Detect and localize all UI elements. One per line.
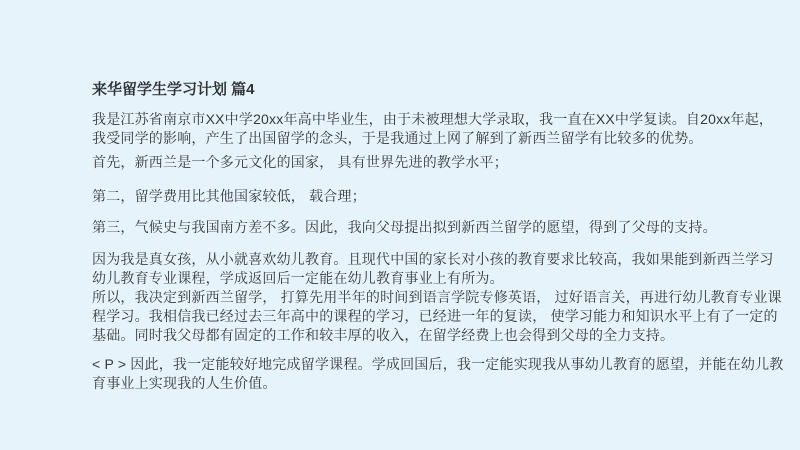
page-background: { "page": { "background_color": "#e6f3fa… xyxy=(0,0,800,450)
paragraph-second-point: 第二，留学费用比其他国家较低， 载合理； xyxy=(92,187,740,206)
paragraph-first-point: 首先，新西兰是一个多元文化的国家， 具有世界先进的教学水平； xyxy=(92,153,740,172)
paragraph-conclusion: < P > 因此，我一定能较好地完成留学课程。学成回国后，我一定能实现我从事幼儿… xyxy=(92,355,740,393)
paragraph-reason: 因为我是真女孩，从小就喜欢幼儿教育。且现代中国的家长对小孩的教育要求比较高，我如… xyxy=(92,250,740,288)
document-content: 来华留学生学习计划 篇4 我是江苏省南京市XX中学20xx年高中毕业生，由于未被… xyxy=(92,80,740,393)
text-line: 因为我是真女孩，从小就喜欢幼儿教育。且现代中国的家长对小孩的教育要求比较高，我如… xyxy=(92,250,740,269)
text-line: 第二，留学费用比其他国家较低， 载合理； xyxy=(92,187,740,206)
paragraph-intro: 我是江苏省南京市XX中学20xx年高中毕业生，由于未被理想大学录取，我一直在XX… xyxy=(92,110,740,148)
paragraph-third-point: 第三，气候史与我国南方差不多。因此，我向父母提出拟到新西兰留学的愿望，得到了父母… xyxy=(92,218,740,237)
text-line: 第三，气候史与我国南方差不多。因此，我向父母提出拟到新西兰留学的愿望，得到了父母… xyxy=(92,218,740,237)
paragraph-plan: 所以，我决定到新西兰留学， 打算先用半年的时间到语言学院专修英语， 过好语言关，… xyxy=(92,288,740,345)
text-line: 程学习。我相信我已经过去三年高中的课程的学习，已经进一年的复读， 使学习能力和知… xyxy=(92,307,740,326)
text-line: 基础。同时我父母都有固定的工作和较丰厚的收入，在留学经费上也会得到父母的全力支持… xyxy=(92,326,740,345)
document-title: 来华留学生学习计划 篇4 xyxy=(92,80,740,100)
text-line: 所以，我决定到新西兰留学， 打算先用半年的时间到语言学院专修英语， 过好语言关，… xyxy=(92,288,740,307)
text-line: 育事业上实现我的人生价值。 xyxy=(92,374,740,393)
text-line: 我是江苏省南京市XX中学20xx年高中毕业生，由于未被理想大学录取，我一直在XX… xyxy=(92,110,740,129)
text-line: < P > 因此，我一定能较好地完成留学课程。学成回国后，我一定能实现我从事幼儿… xyxy=(92,355,740,374)
text-line: 幼儿教育专业课程，学成返回后一定能在幼儿教育事业上有所为。 xyxy=(92,269,740,288)
text-line: 首先，新西兰是一个多元文化的国家， 具有世界先进的教学水平； xyxy=(92,153,740,172)
text-line: 我受同学的影响，产生了出国留学的念头，于是我通过上网了解到了新西兰留学有比较多的… xyxy=(92,129,740,148)
